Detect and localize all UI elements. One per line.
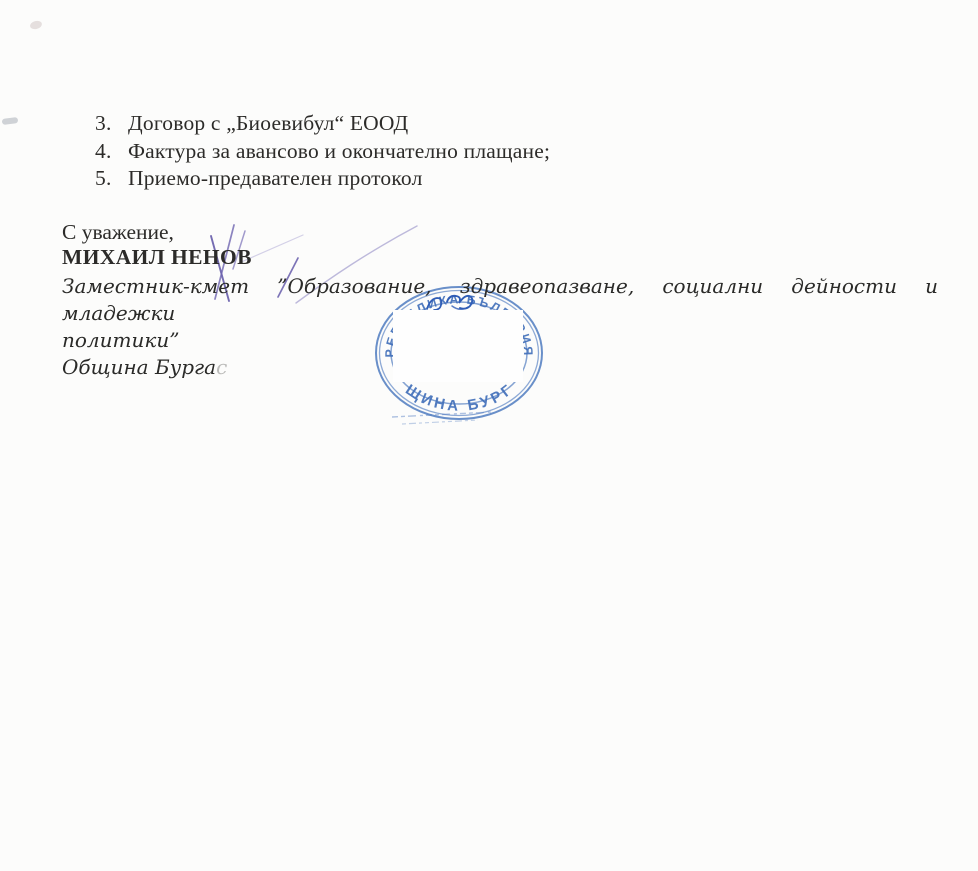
organization-name-faded-letter: с [216,355,227,379]
list-item: 5. Приемо-предавателен протокол [95,165,550,193]
signatory-title-block: Заместник-кмет ”Образование, здравеопазв… [62,273,938,381]
list-item-text: Приемо-предавателен протокол [128,165,423,193]
attachments-list: 3. Договор с „Биоевибул“ ЕООД 4. Фактура… [95,110,550,193]
list-item-number: 4. [95,138,128,166]
list-item-text: Договор с „Биоевибул“ ЕООД [128,110,408,138]
signatory-title-line1: Заместник-кмет ”Образование, здравеопазв… [62,273,938,327]
signatory-title-line2: политики” [62,327,938,354]
list-item-text: Фактура за авансово и окончателно плащан… [128,138,550,166]
list-item: 4. Фактура за авансово и окончателно пла… [95,138,550,166]
organization-name: Община Бургас [62,354,938,381]
signatory-name: МИХАИЛ НЕНОВ [62,245,252,270]
closing-salutation: С уважение, [62,220,174,245]
list-item-number: 5. [95,165,128,193]
organization-name-main: Община Бурга [62,355,216,379]
scanned-document-page: РЕПУБЛИКА БЪЛГАРИЯ ОБЩИНА БУРГАС 3. [0,0,978,871]
list-item-number: 3. [95,110,128,138]
list-item: 3. Договор с „Биоевибул“ ЕООД [95,110,550,138]
